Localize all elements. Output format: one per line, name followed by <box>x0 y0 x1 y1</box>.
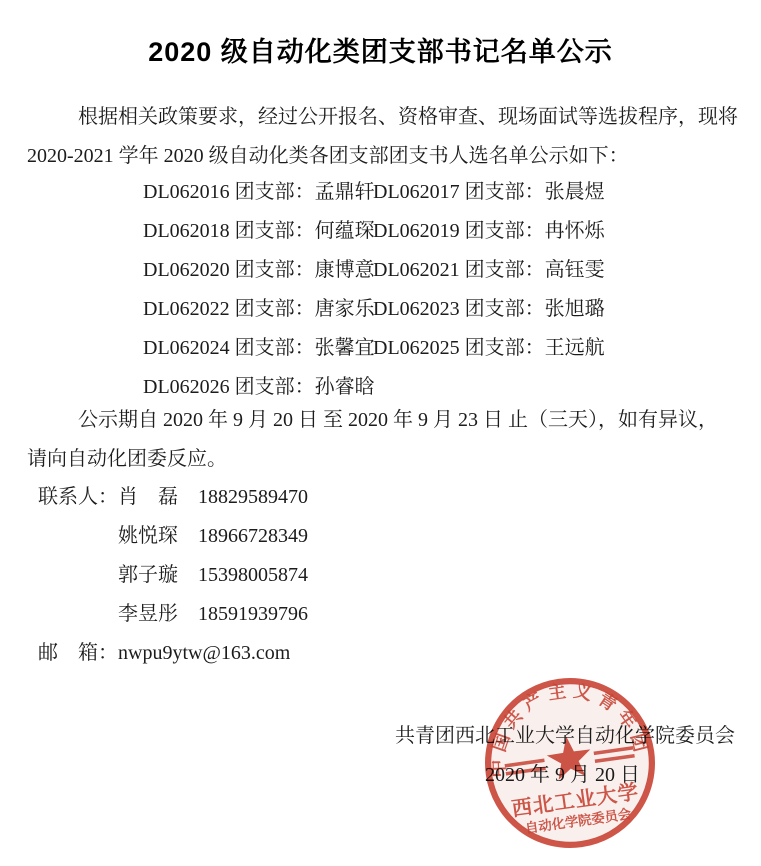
branch-entry: DL062018 团支部：何蕴琛 <box>143 212 373 251</box>
list-item: DL062020 团支部：康博意 DL062021 团支部：高钰雯 <box>143 251 605 290</box>
branch-secretary-list: DL062016 团支部：孟鼎轩 DL062017 团支部：张晨煜 DL0620… <box>143 173 605 407</box>
official-seal: 中国共产主义青年团 西北工业大学 自动化学院委员会 <box>481 674 659 852</box>
notice-line-2: 请向自动化团委反应。 <box>27 440 741 479</box>
branch-entry: DL062016 团支部：孟鼎轩 <box>143 173 373 212</box>
contact-name: 姚悦琛 <box>118 517 182 556</box>
intro-line-2: 2020-2021 学年 2020 级自动化类各团支部团支书人选名单公示如下： <box>27 137 741 176</box>
email-address: nwpu9ytw@163.com <box>118 634 290 673</box>
branch-entry: DL062024 团支部：张馨宜 <box>143 329 373 368</box>
contact-row: 李昱彤 18591939796 <box>38 595 308 634</box>
contact-row: 郭子璇 15398005874 <box>38 556 308 595</box>
contact-phone: 18966728349 <box>198 517 308 556</box>
email-label: 邮 箱： <box>38 634 118 673</box>
contact-name: 肖 磊 <box>118 478 182 517</box>
list-item: DL062018 团支部：何蕴琛 DL062019 团支部：冉怀烁 <box>143 212 605 251</box>
contact-name: 郭子璇 <box>118 556 182 595</box>
contact-list: 联系人： 肖 磊 18829589470 姚悦琛 18966728349 郭子璇… <box>38 478 308 634</box>
notice-paragraph: 公示期自 2020 年 9 月 20 日 至 2020 年 9 月 23 日 止… <box>27 401 741 479</box>
announcement-document: 2020 级自动化类团支部书记名单公示 根据相关政策要求，经过公开报名、资格审查… <box>0 0 761 866</box>
list-item: DL062016 团支部：孟鼎轩 DL062017 团支部：张晨煜 <box>143 173 605 212</box>
branch-entry: DL062019 团支部：冉怀烁 <box>373 212 605 251</box>
list-item: DL062024 团支部：张馨宜 DL062025 团支部：王远航 <box>143 329 605 368</box>
contacts-label: 联系人： <box>38 478 118 517</box>
contact-phone: 15398005874 <box>198 556 308 595</box>
intro-paragraph: 根据相关政策要求，经过公开报名、资格审查、现场面试等选拔程序，现将 2020-2… <box>27 98 741 176</box>
branch-entry: DL062021 团支部：高钰雯 <box>373 251 605 290</box>
branch-entry: DL062025 团支部：王远航 <box>373 329 605 368</box>
branch-entry: DL062020 团支部：康博意 <box>143 251 373 290</box>
contact-phone: 18829589470 <box>198 478 308 517</box>
list-item: DL062022 团支部：唐家乐 DL062023 团支部：张旭璐 <box>143 290 605 329</box>
page-title: 2020 级自动化类团支部书记名单公示 <box>0 30 761 69</box>
notice-line-1: 公示期自 2020 年 9 月 20 日 至 2020 年 9 月 23 日 止… <box>27 401 741 440</box>
contact-name: 李昱彤 <box>118 595 182 634</box>
email-row: 邮 箱： nwpu9ytw@163.com <box>38 634 290 673</box>
branch-entry: DL062017 团支部：张晨煜 <box>373 173 605 212</box>
branch-entry: DL062023 团支部：张旭璐 <box>373 290 605 329</box>
intro-line-1: 根据相关政策要求，经过公开报名、资格审查、现场面试等选拔程序，现将 <box>27 98 741 137</box>
contact-phone: 18591939796 <box>198 595 308 634</box>
branch-entry: DL062022 团支部：唐家乐 <box>143 290 373 329</box>
contact-row: 联系人： 肖 磊 18829589470 <box>38 478 308 517</box>
contact-row: 姚悦琛 18966728349 <box>38 517 308 556</box>
